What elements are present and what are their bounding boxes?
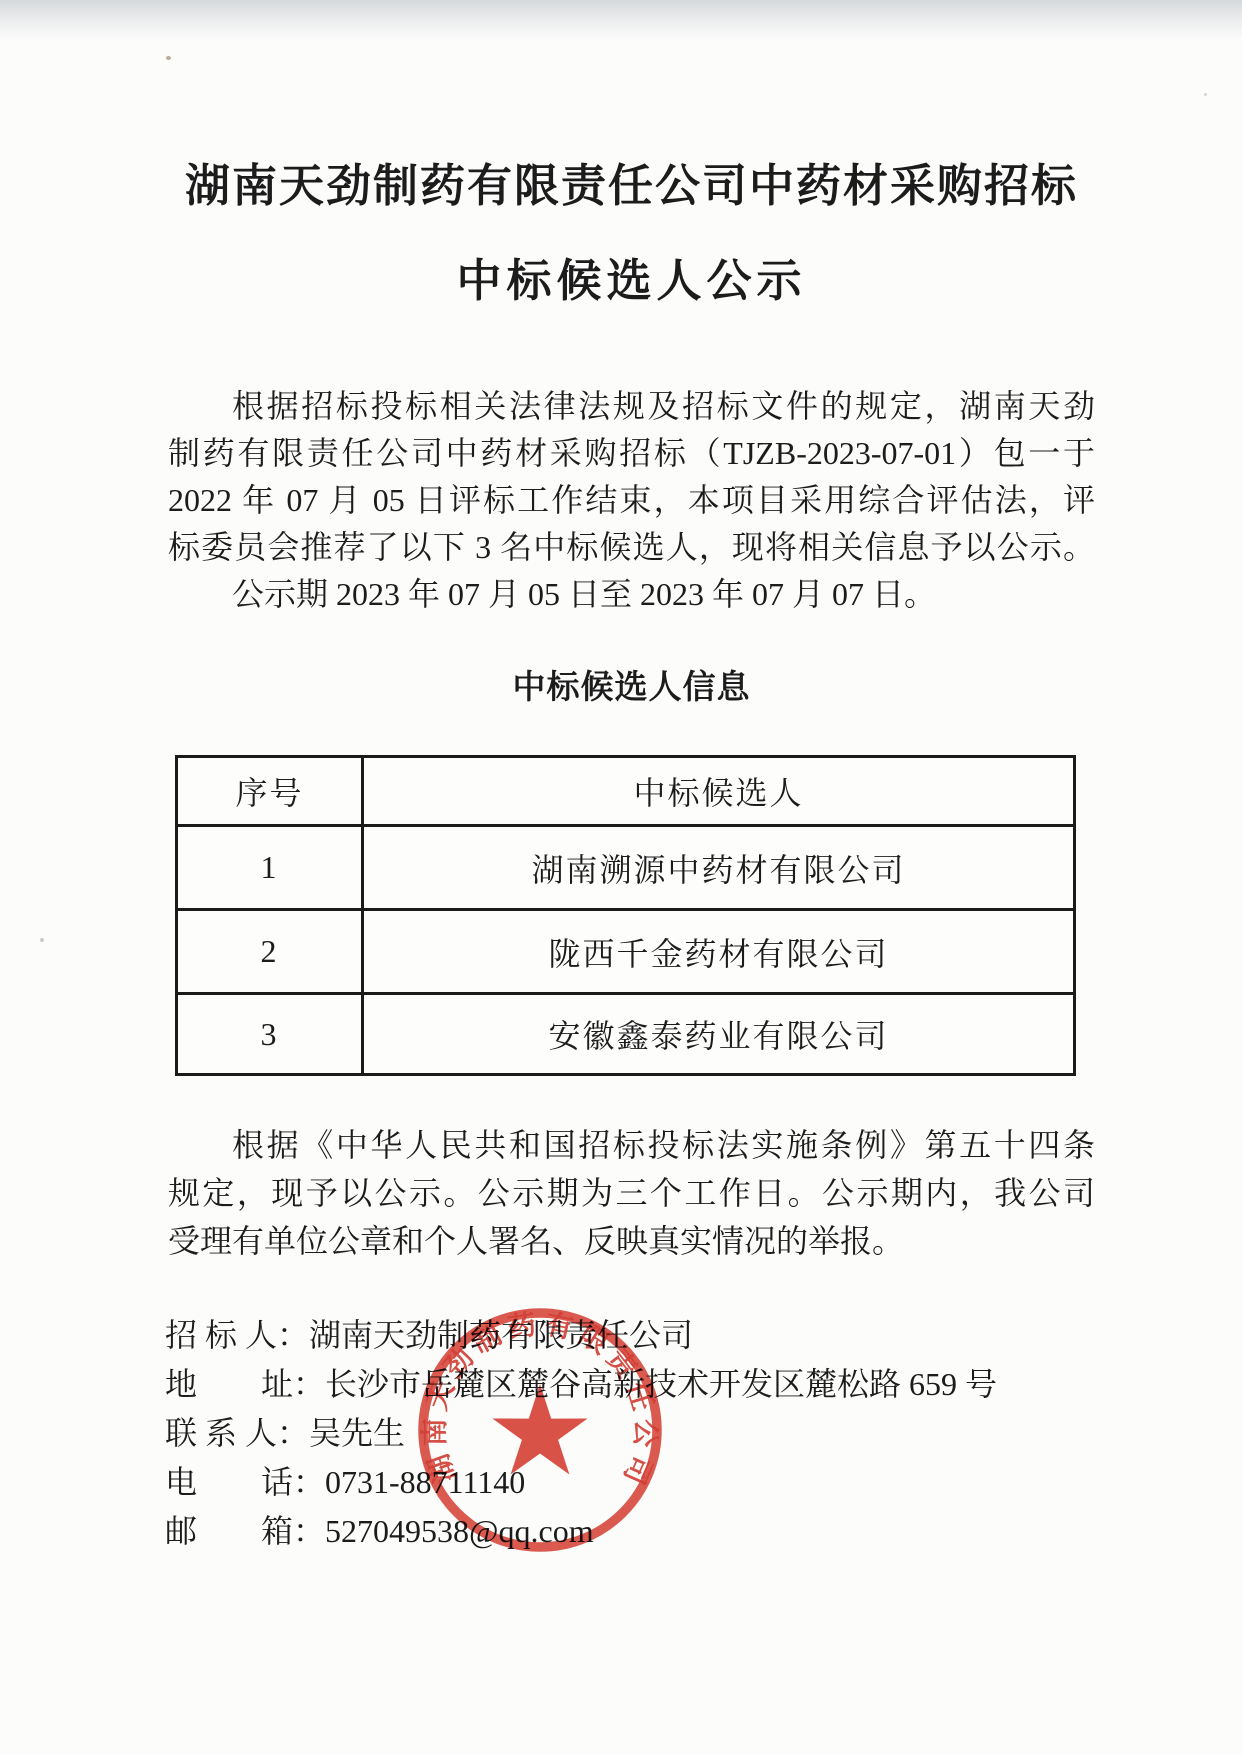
table-row-1-no: 1 — [178, 824, 361, 908]
table-row-1-candidate: 湖南溯源中药材有限公司 — [361, 824, 1073, 908]
intro-line-3: 2022 年 07 月 05 日评标工作结束，本项目采用综合评估法，评 — [168, 477, 1095, 524]
bidder-label: 招 标 人： — [165, 1311, 309, 1360]
address-label: 地 址： — [165, 1360, 325, 1409]
document-title-line2: 中标候选人公示 — [168, 253, 1095, 309]
document-page: 湖南天劲制药有限责任公司中药材采购招标 中标候选人公示 根据招标投标相关法律法规… — [0, 0, 1242, 1755]
candidates-table: 序号 中标候选人 1 湖南溯源中药材有限公司 2 陇西千金药材有限公司 3 安徽… — [175, 755, 1076, 1076]
intro-line-2: 制药有限责任公司中药材采购招标（TJZB-2023-07-01）包一于 — [168, 430, 1095, 477]
legal-paragraph: 根据《中华人民共和国招标投标法实施条例》第五十四条 规定，现予以公示。公示期为三… — [168, 1121, 1095, 1265]
contact-person-value: 吴先生 — [309, 1415, 405, 1451]
section-heading: 中标候选人信息 — [168, 664, 1095, 712]
publicity-period-line: 公示期 2023 年 07 月 05 日至 2023 年 07 月 07 日。 — [168, 571, 1095, 618]
table-row-2-candidate: 陇西千金药材有限公司 — [361, 908, 1073, 992]
contact-person-label: 联 系 人： — [165, 1409, 309, 1458]
legal-line-3: 受理有单位公章和个人署名、反映真实情况的举报。 — [168, 1217, 1095, 1265]
email-label: 邮 箱： — [165, 1507, 325, 1556]
legal-line-2: 规定，现予以公示。公示期为三个工作日。公示期内，我公司 — [168, 1169, 1095, 1217]
scan-speck — [1204, 93, 1207, 96]
star-icon — [492, 1384, 587, 1475]
legal-line-1: 根据《中华人民共和国招标投标法实施条例》第五十四条 — [168, 1121, 1095, 1169]
scan-artifact-top-band — [0, 0, 1242, 40]
table-row-3-no: 3 — [178, 992, 361, 1073]
company-seal: 湖南天劲制药有限责任公司 — [408, 1298, 672, 1562]
intro-line-1: 根据招标投标相关法律法规及招标文件的规定，湖南天劲 — [168, 383, 1095, 430]
table-header-candidate: 中标候选人 — [361, 758, 1073, 824]
table-row-3-candidate: 安徽鑫泰药业有限公司 — [361, 992, 1073, 1073]
table-header-no: 序号 — [178, 758, 361, 824]
phone-label: 电 话： — [165, 1458, 325, 1507]
document-title-line1: 湖南天劲制药有限责任公司中药材采购招标 — [168, 158, 1095, 214]
intro-line-4: 标委员会推荐了以下 3 名中标候选人，现将相关信息予以公示。 — [168, 524, 1095, 571]
intro-paragraph: 根据招标投标相关法律法规及招标文件的规定，湖南天劲 制药有限责任公司中药材采购招… — [168, 383, 1095, 618]
scan-speck — [166, 56, 171, 60]
scan-speck — [40, 938, 44, 942]
table-row-2-no: 2 — [178, 908, 361, 992]
